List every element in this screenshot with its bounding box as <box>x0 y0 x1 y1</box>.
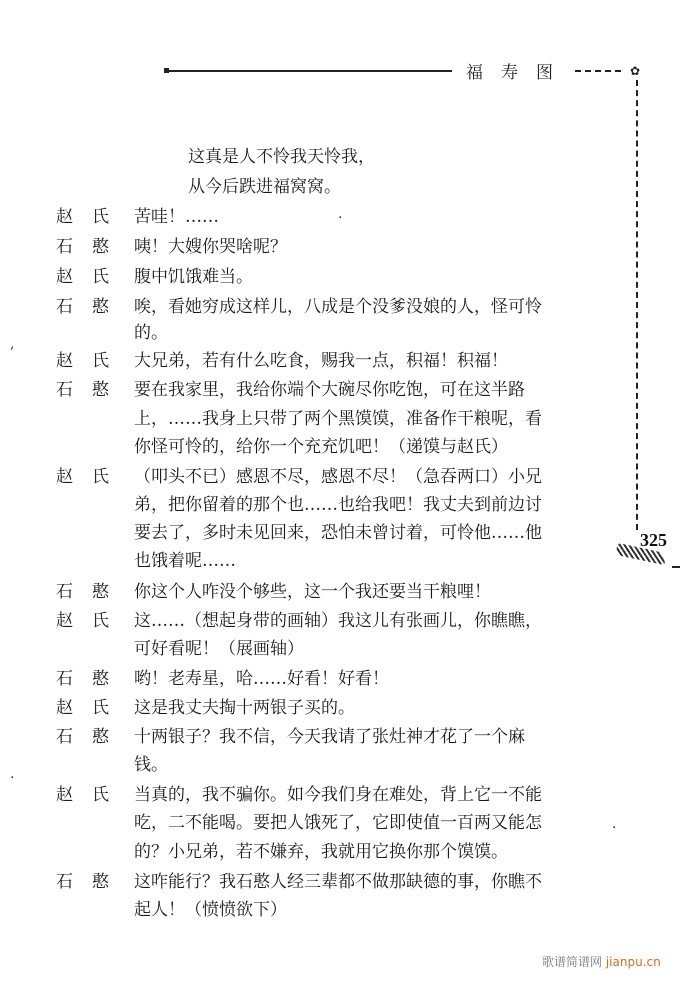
stray-mark: . <box>338 206 342 222</box>
dialogue-line: 的？小兄弟，若不嫌弃，我就用它换你那个馍馍。 <box>0 837 640 867</box>
running-header-title: 福寿图 <box>466 58 571 83</box>
dialogue-line: 赵氏当真的，我不骗你。如今我们身在难处，背上它一不能 <box>0 780 640 810</box>
dialogue-text: 大兄弟，若有什么吃食，赐我一点，积福！积福！ <box>134 346 508 371</box>
dialogue-text: 要去了，多时未见回来，恐怕未曾讨着，可怜他……他 <box>134 518 542 543</box>
stray-mark: . <box>10 766 14 782</box>
dialogue-line: 的。 <box>0 318 640 348</box>
speaker-name-second: 氏 <box>92 462 109 487</box>
speaker-name-first: 石 <box>56 664 73 689</box>
dialogue-line: 上，……我身上只带了两个黑馍馍，准备作干粮呢，看 <box>0 404 640 434</box>
speaker-name-first: 赵 <box>56 262 73 287</box>
watermark-cn: 歌谱简谱网 <box>542 955 602 969</box>
speaker-name-second: 氏 <box>92 780 109 805</box>
speaker-name-first: 赵 <box>56 462 73 487</box>
speaker-name-second: 憨 <box>92 375 109 400</box>
dialogue-text: 弟，把你留着的那个也……也给我吧！我丈夫到前边讨 <box>134 490 542 515</box>
dialogue-text: 咦！大嫂你哭啥呢？ <box>134 232 287 257</box>
speaker-name-first: 石 <box>56 867 73 892</box>
page-number: 325 <box>640 530 667 551</box>
speaker-name-first: 赵 <box>56 346 73 371</box>
speaker-name-second: 憨 <box>92 232 109 257</box>
dialogue-text: 这咋能行？我石憨人经三辈都不做那缺德的事，你瞧不 <box>134 867 542 892</box>
dialogue-text: 十两银子？我不信，今天我请了张灶神才花了一个麻 <box>134 722 525 747</box>
dialogue-text: 可好看呢！（展画轴） <box>134 634 304 659</box>
speaker-name-first: 赵 <box>56 202 73 227</box>
dialogue-line: 可好看呢！（展画轴） <box>0 634 640 664</box>
speaker-name-second: 氏 <box>92 606 109 631</box>
dialogue-line: 起人！（愤愤欲下） <box>0 895 640 925</box>
speaker-name-second: 氏 <box>92 693 109 718</box>
speaker-name-first: 赵 <box>56 780 73 805</box>
speaker-name-first: 石 <box>56 577 73 602</box>
speaker-name-second: 憨 <box>92 867 109 892</box>
speaker-name-first: 石 <box>56 232 73 257</box>
speaker-name-second: 憨 <box>92 722 109 747</box>
header-dash-rule <box>575 70 621 72</box>
speaker-name-second: 氏 <box>92 262 109 287</box>
dialogue-text: 上，……我身上只带了两个黑馍馍，准备作干粮呢，看 <box>134 404 542 429</box>
dialogue-text: 哟！老寿星，哈……好看！好看！ <box>134 664 389 689</box>
dialogue-text: 要在我家里，我给你端个大碗尽你吃饱，可在这半路 <box>134 375 525 400</box>
speaker-name-first: 石 <box>56 375 73 400</box>
speaker-name-first: 赵 <box>56 693 73 718</box>
dialogue-text: 你这个人咋没个够些，这一个我还要当干粮哩！ <box>134 577 491 602</box>
speaker-name-first: 石 <box>56 292 73 317</box>
dialogue-line: 赵氏大兄弟，若有什么吃食，赐我一点，积福！积福！ <box>0 346 640 376</box>
dialogue-line: 石憨要在我家里，我给你端个大碗尽你吃饱，可在这半路 <box>0 375 640 405</box>
speaker-name-second: 憨 <box>92 664 109 689</box>
dialogue-line: 要去了，多时未见回来，恐怕未曾讨着，可怜他……他 <box>0 518 640 548</box>
speaker-name-first: 赵 <box>56 606 73 631</box>
stray-mark: , <box>10 336 14 352</box>
speaker-name-second: 氏 <box>92 346 109 371</box>
dialogue-line: 石憨你这个人咋没个够些，这一个我还要当干粮哩！ <box>0 577 640 607</box>
dialogue-text: 吃，二不能喝。要把人饿死了，它即使值一百两又能怎 <box>134 808 542 833</box>
dialogue-text: 你怪可怜的，给你一个充充饥吧！（递馍与赵氏） <box>134 432 508 457</box>
flower-ornament-icon: ✿ <box>630 64 640 78</box>
dialogue-line: 弟，把你留着的那个也……也给我吧！我丈夫到前边讨 <box>0 490 640 520</box>
dialogue-text: 也饿着呢…… <box>134 546 236 571</box>
verse-line: 从今后跌进福窝窝。 <box>188 172 341 197</box>
header-rule <box>166 70 452 72</box>
speaker-name-first: 石 <box>56 722 73 747</box>
dialogue-text: 的。 <box>134 318 168 343</box>
dialogue-text: （叩头不已）感恩不尽，感恩不尽！（急吞两口）小兄 <box>134 462 542 487</box>
dialogue-line: 赵氏这……（想起身带的画轴）我这儿有张画儿，你瞧瞧， <box>0 606 640 636</box>
dialogue-text: 唉，看她穷成这样儿，八成是个没爹没娘的人，怪可怜 <box>134 292 542 317</box>
dialogue-line: 你怪可怜的，给你一个充充饥吧！（递馍与赵氏） <box>0 432 640 462</box>
watermark: 歌谱简谱网 jianpu.cn <box>542 953 661 970</box>
dialogue-text: 当真的，我不骗你。如今我们身在难处，背上它一不能 <box>134 780 542 805</box>
dialogue-text: 起人！（愤愤欲下） <box>134 895 287 920</box>
dialogue-line: 石憨哟！老寿星，哈……好看！好看！ <box>0 664 640 694</box>
dialogue-line: 赵氏苦哇！…… <box>0 202 640 232</box>
dialogue-line: 石憨十两银子？我不信，今天我请了张灶神才花了一个麻 <box>0 722 640 752</box>
dialogue-line: 也饿着呢…… <box>0 546 640 576</box>
page-number-dash <box>672 566 680 568</box>
stray-mark: . <box>612 816 616 832</box>
dialogue-line: 赵氏这是我丈夫掏十两银子买的。 <box>0 693 640 723</box>
watermark-site: jianpu.cn <box>606 955 661 969</box>
dialogue-text: 的？小兄弟，若不嫌弃，我就用它换你那个馍馍。 <box>134 837 508 862</box>
speaker-name-second: 憨 <box>92 577 109 602</box>
dialogue-line: 赵氏（叩头不已）感恩不尽，感恩不尽！（急吞两口）小兄 <box>0 462 640 492</box>
speaker-name-second: 憨 <box>92 292 109 317</box>
dialogue-line: 钱。 <box>0 750 640 780</box>
dialogue-line: 吃，二不能喝。要把人饿死了，它即使值一百两又能怎 <box>0 808 640 838</box>
speaker-name-second: 氏 <box>92 202 109 227</box>
dialogue-text: 苦哇！…… <box>134 202 219 227</box>
dialogue-text: 这是我丈夫掏十两银子买的。 <box>134 693 355 718</box>
dialogue-text: 腹中饥饿难当。 <box>134 262 253 287</box>
dialogue-line: 赵氏腹中饥饿难当。 <box>0 262 640 292</box>
dialogue-line: 石憨这咋能行？我石憨人经三辈都不做那缺德的事，你瞧不 <box>0 867 640 897</box>
verse-line: 这真是人不怜我天怜我， <box>188 142 375 167</box>
dialogue-text: 这……（想起身带的画轴）我这儿有张画儿，你瞧瞧， <box>134 606 542 631</box>
dialogue-line: 石憨咦！大嫂你哭啥呢？ <box>0 232 640 262</box>
dialogue-text: 钱。 <box>134 750 168 775</box>
